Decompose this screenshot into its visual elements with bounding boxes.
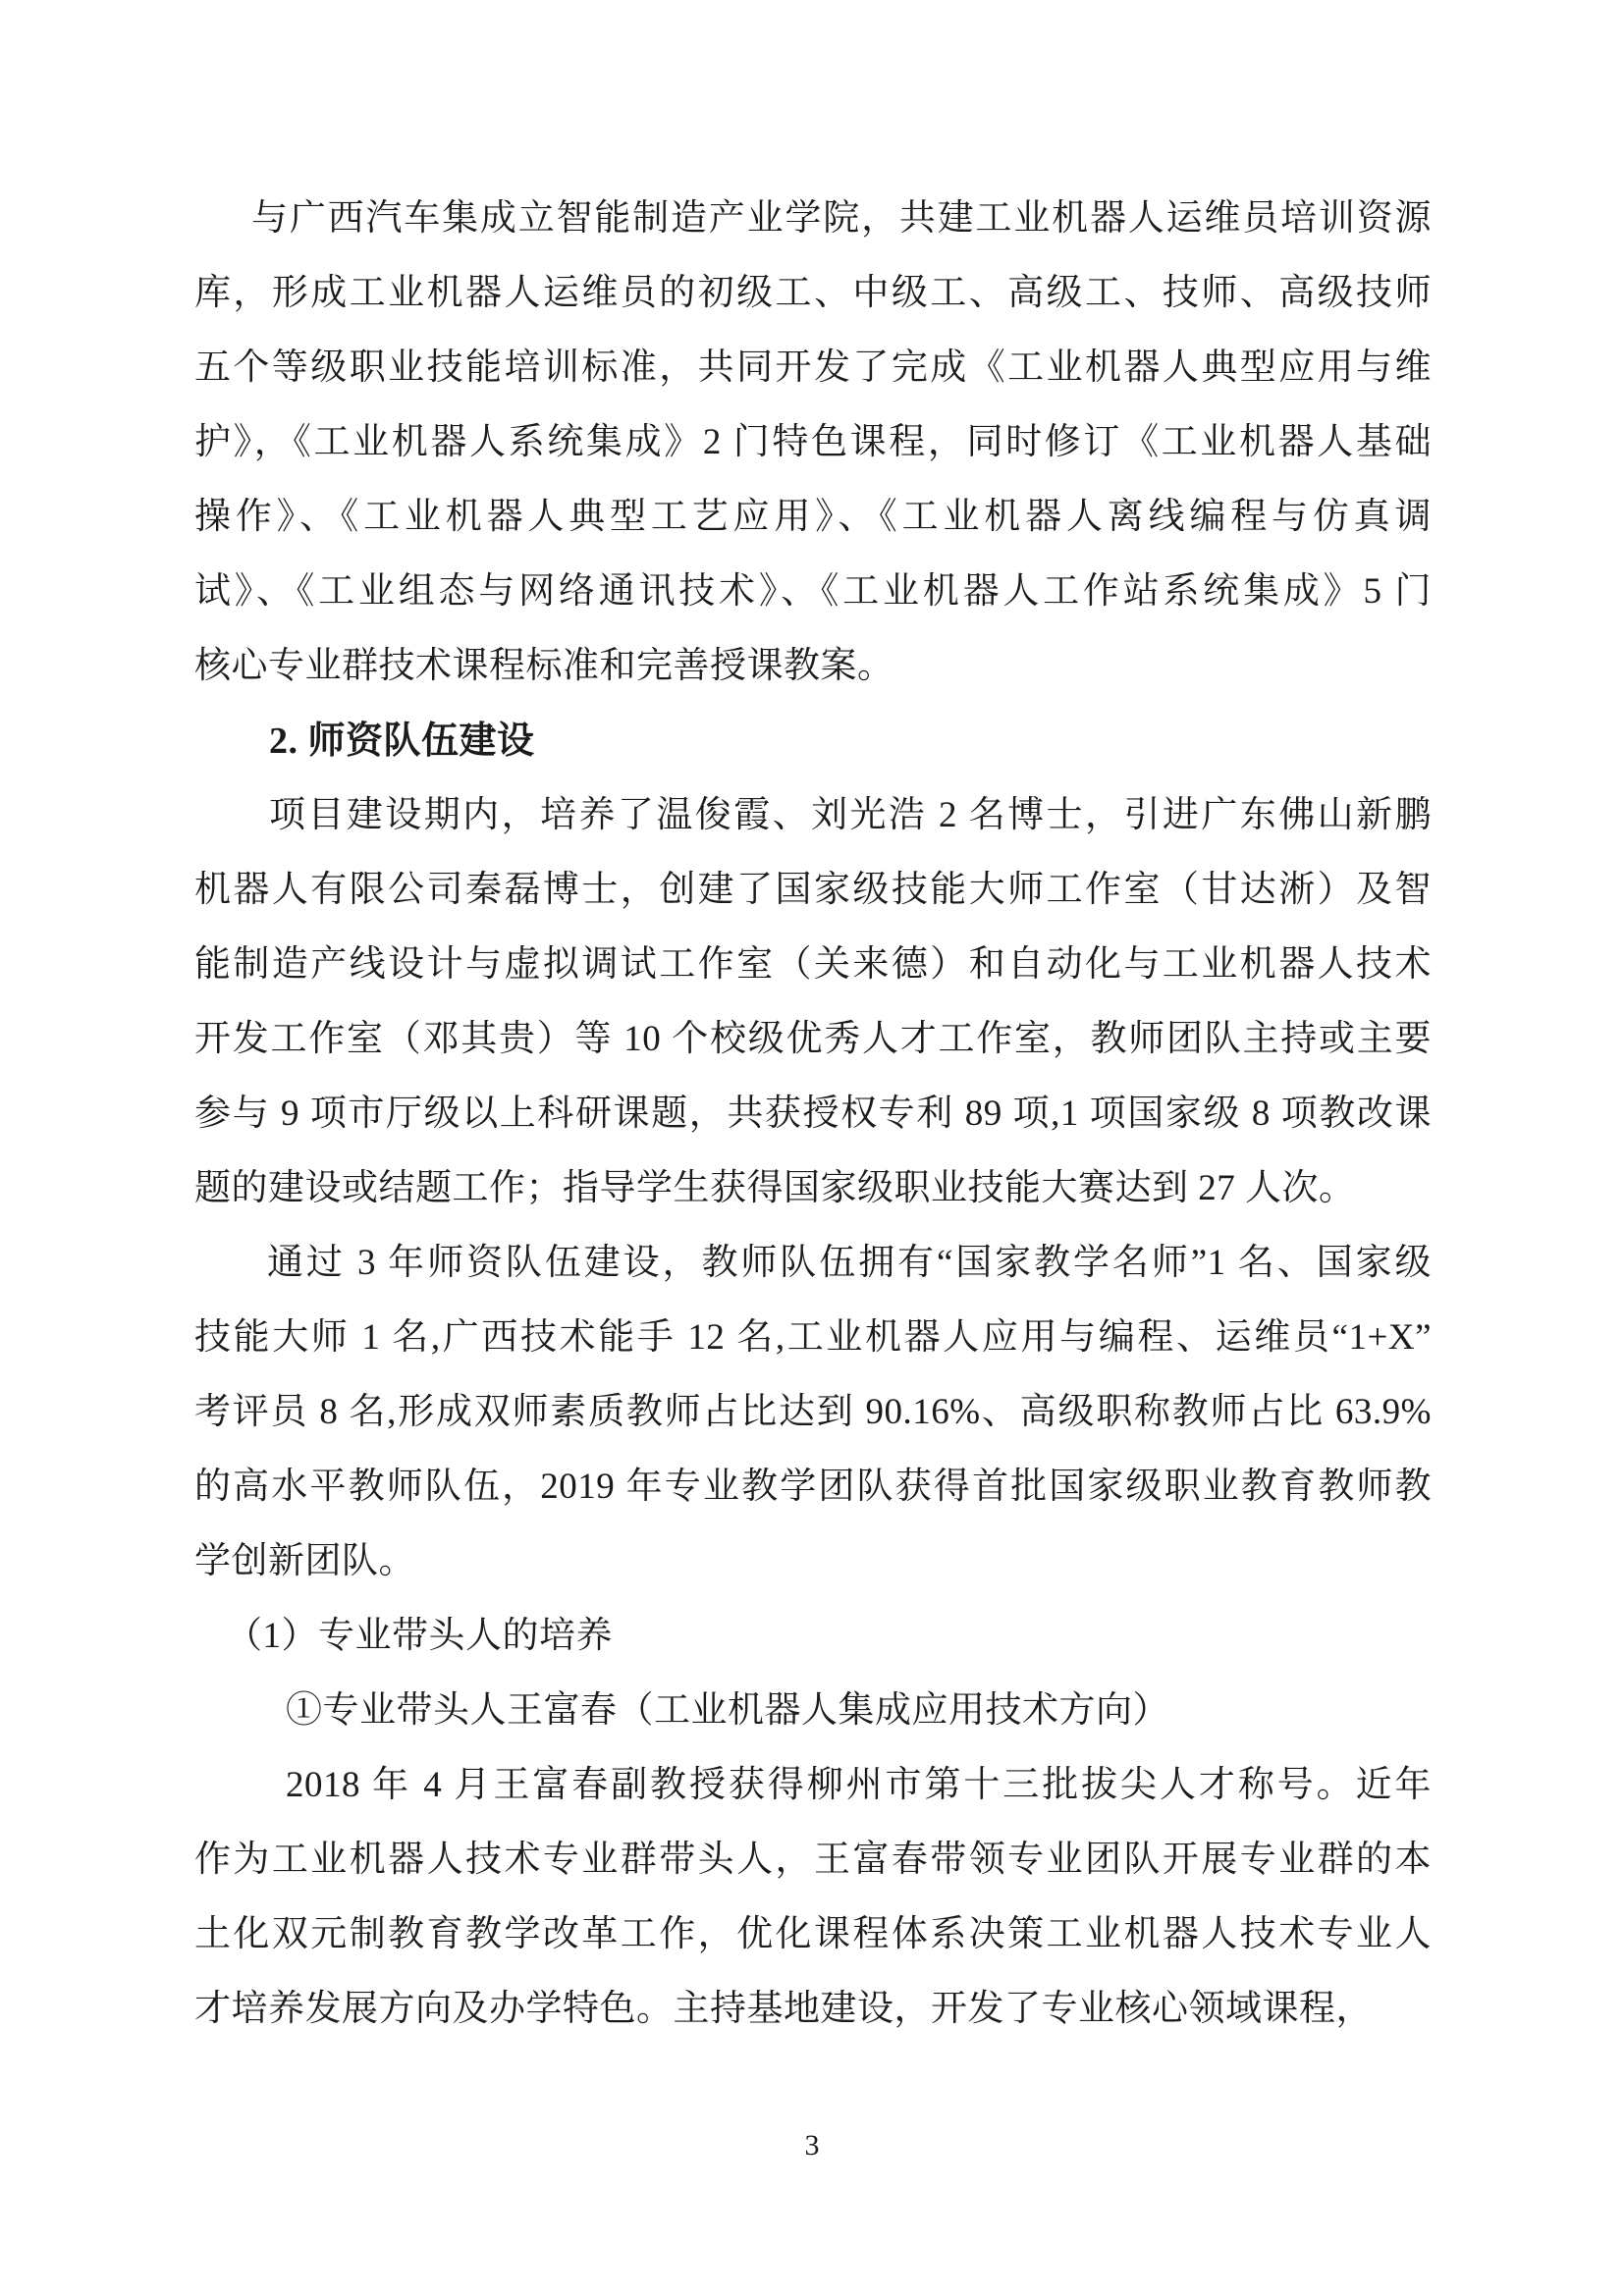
text-line: 与广西汽车集成立智能制造产业学院，共建工业机器人运维员培训资源 xyxy=(194,182,1432,256)
text-line: 机器人有限公司秦磊博士，创建了国家级技能大师工作室（甘达淅）及智 xyxy=(194,853,1432,928)
text-line: 试》、《工业组态与网络通讯技术》、《工业机器人工作站系统集成》5 门 xyxy=(194,555,1432,629)
text-line: 考评员 8 名,形成双师素质教师占比达到 90.16%、高级职称教师占比 63.… xyxy=(194,1375,1432,1450)
paragraph-item-1-title: （1）专业带头人的培养 xyxy=(194,1599,1432,1674)
text-block: 与广西汽车集成立智能制造产业学院，共建工业机器人运维员培训资源库，形成工业机器人… xyxy=(194,182,1432,2047)
text-line: 核心专业群技术课程标准和完善授课教案。 xyxy=(194,629,1432,704)
text-line: 的高水平教师队伍，2019 年专业教学团队获得首批国家级职业教育教师教 xyxy=(194,1450,1432,1524)
text-line: 五个等级职业技能培训标准，共同开发了完成《工业机器人典型应用与维 xyxy=(194,331,1432,405)
text-line: 学创新团队。 xyxy=(194,1524,1432,1599)
text-line: 通过 3 年师资队伍建设，教师队伍拥有“国家教学名师”1 名、国家级 xyxy=(194,1226,1432,1301)
text-line: 土化双元制教育教学改革工作，优化课程体系决策工业机器人技术专业人 xyxy=(194,1897,1432,1972)
text-line: ①专业带头人王富春（工业机器人集成应用技术方向） xyxy=(194,1674,1432,1748)
text-line: 2. 师资队伍建设 xyxy=(194,704,1432,778)
text-line: 才培养发展方向及办学特色。主持基地建设，开发了专业核心领域课程， xyxy=(194,1972,1432,2047)
paragraph-wang-fuchun: 2018 年 4 月王富春副教授获得柳州市第十三批拔尖人才称号。近年来，作为工业… xyxy=(194,1748,1432,2047)
text-line: （1）专业带头人的培养 xyxy=(194,1599,1432,1674)
text-line: 题的建设或结题工作；指导学生获得国家级职业技能大赛达到 27 人次。 xyxy=(194,1151,1432,1226)
paragraph-cooperation: 与广西汽车集成立智能制造产业学院，共建工业机器人运维员培训资源库，形成工业机器人… xyxy=(194,182,1432,704)
paragraph-leader-1-title: ①专业带头人王富春（工业机器人集成应用技术方向） xyxy=(194,1674,1432,1748)
text-line: 2018 年 4 月王富春副教授获得柳州市第十三批拔尖人才称号。近年来， xyxy=(194,1748,1432,1823)
text-line: 能制造产线设计与虚拟调试工作室（关来德）和自动化与工业机器人技术 xyxy=(194,928,1432,1002)
text-line: 开发工作室（邓其贵）等 10 个校级优秀人才工作室，教师团队主持或主要 xyxy=(194,1002,1432,1077)
text-line: 参与 9 项市厅级以上科研课题，共获授权专利 89 项,1 项国家级 8 项教改… xyxy=(194,1077,1432,1151)
paragraph-project-period: 项目建设期内，培养了温俊霞、刘光浩 2 名博士，引进广东佛山新鹏机器人有限公司秦… xyxy=(194,778,1432,1226)
paragraph-three-year-results: 通过 3 年师资队伍建设，教师队伍拥有“国家教学名师”1 名、国家级技能大师 1… xyxy=(194,1226,1432,1599)
page-number: 3 xyxy=(0,2126,1624,2165)
text-line: 库，形成工业机器人运维员的初级工、中级工、高级工、技师、高级技师 xyxy=(194,256,1432,331)
text-line: 护》，《工业机器人系统集成》2 门特色课程，同时修订《工业机器人基础 xyxy=(194,405,1432,480)
text-line: 项目建设期内，培养了温俊霞、刘光浩 2 名博士，引进广东佛山新鹏 xyxy=(194,778,1432,853)
text-line: 操作》、《工业机器人典型工艺应用》、《工业机器人离线编程与仿真调 xyxy=(194,480,1432,555)
text-line: 技能大师 1 名,广西技术能手 12 名,工业机器人应用与编程、运维员“1+X” xyxy=(194,1301,1432,1375)
section-heading-teacher-team: 2. 师资队伍建设 xyxy=(194,704,1432,778)
document-page: 与广西汽车集成立智能制造产业学院，共建工业机器人运维员培训资源库，形成工业机器人… xyxy=(0,0,1624,2296)
text-line: 作为工业机器人技术专业群带头人，王富春带领专业团队开展专业群的本 xyxy=(194,1823,1432,1897)
